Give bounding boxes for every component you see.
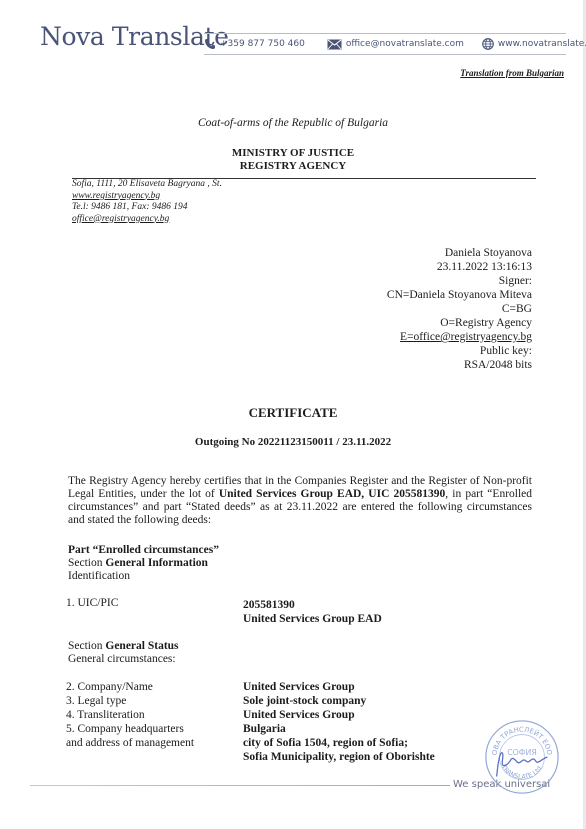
translation-note: Translation from Bulgarian bbox=[460, 68, 564, 78]
field-value: city of Sofia 1504, region of Sofia; bbox=[243, 737, 408, 750]
footer-divider bbox=[30, 785, 450, 786]
contact-bar: +359 877 750 460 office@novatranslate.co… bbox=[204, 33, 566, 55]
coat-of-arms-caption: Coat-of-arms of the Republic of Bulgaria bbox=[0, 117, 586, 129]
ministry-heading: MINISTRY OF JUSTICE REGISTRY AGENCY bbox=[0, 147, 586, 173]
section-prefix: Section bbox=[68, 640, 105, 652]
contact-phone: +359 877 750 460 bbox=[204, 38, 305, 50]
phone-number: +359 877 750 460 bbox=[220, 39, 305, 49]
signer-cn: CN=Daniela Stoyanova Miteva bbox=[387, 288, 532, 302]
phone-icon bbox=[204, 38, 216, 50]
signer-email-link[interactable]: E=office@registryagency.bg bbox=[387, 330, 532, 344]
agency-phone-fax: Te.l: 9486 181, Fax: 9486 194 bbox=[72, 202, 222, 214]
section-prefix: Section bbox=[68, 557, 105, 569]
subsection-identification: Identification bbox=[68, 570, 219, 583]
certificate-title: CERTIFICATE bbox=[0, 405, 586, 421]
signer-name: Daniela Stoyanova bbox=[387, 246, 532, 260]
field-value-uic: 205581390 bbox=[243, 599, 295, 612]
section-general-status-title: Section General Status bbox=[68, 640, 179, 653]
field-label: 4. Transliteration bbox=[66, 709, 145, 722]
brand-logo: Nova Translate bbox=[40, 22, 229, 51]
public-key-label: Public key: bbox=[387, 344, 532, 358]
signer-country: C=BG bbox=[387, 302, 532, 316]
section-name: General Information bbox=[105, 557, 208, 569]
certificate-intro: The Registry Agency hereby certifies tha… bbox=[68, 475, 532, 527]
digital-signature-block: Daniela Stoyanova 23.11.2022 13:16:13 Si… bbox=[387, 246, 532, 372]
field-label: 2. Company/Name bbox=[66, 681, 153, 694]
section-general-information: Section General Information bbox=[68, 557, 219, 570]
field-value: Bulgaria bbox=[243, 723, 286, 736]
field-value: United Services Group bbox=[243, 681, 355, 694]
general-circumstances-label: General circumstances: bbox=[68, 653, 179, 666]
agency-website-link[interactable]: www.registryagency.bg bbox=[72, 191, 160, 201]
field-value: United Services Group bbox=[243, 709, 355, 722]
contact-website: www.novatranslate.com bbox=[482, 38, 586, 50]
field-value-company-name: United Services Group EAD bbox=[243, 613, 382, 626]
website-url: www.novatranslate.com bbox=[498, 39, 586, 49]
public-key-value: RSA/2048 bits bbox=[387, 358, 532, 372]
agency-name: REGISTRY AGENCY bbox=[0, 160, 586, 173]
field-label: 5. Company headquarters bbox=[66, 723, 184, 736]
field-label: 3. Legal type bbox=[66, 695, 126, 708]
agency-address-block: Sofia, 1111, 20 Elisaveta Bagryana , St.… bbox=[72, 179, 222, 225]
signature-datetime: 23.11.2022 13:16:13 bbox=[387, 260, 532, 274]
field-value: Sofia Municipality, region of Oborishte bbox=[243, 751, 435, 764]
intro-company: United Services Group EAD, UIC 205581390 bbox=[219, 488, 445, 500]
outgoing-number: Outgoing No 20221123150011 / 23.11.2022 bbox=[0, 436, 586, 448]
field-value: Sole joint-stock company bbox=[243, 695, 366, 708]
envelope-icon bbox=[327, 39, 342, 50]
field-label-uic: 1. UIC/PIC bbox=[66, 597, 118, 610]
agency-email-link[interactable]: office@registryagency.bg bbox=[72, 214, 169, 224]
signer-label: Signer: bbox=[387, 274, 532, 288]
translator-stamp-icon: НОВА ТРАНСЛЕЙТ ЕООД TRANSLATE Ltd. СОФИЯ bbox=[483, 718, 561, 796]
ministry-name: MINISTRY OF JUSTICE bbox=[0, 147, 586, 160]
email-address: office@novatranslate.com bbox=[346, 39, 464, 49]
contact-email: office@novatranslate.com bbox=[327, 39, 464, 50]
section-general-status: Section General Status General circumsta… bbox=[68, 640, 179, 666]
signer-organization: O=Registry Agency bbox=[387, 316, 532, 330]
section-name: General Status bbox=[105, 640, 178, 652]
part-enrolled-heading: Part “Enrolled circumstances” Section Ge… bbox=[68, 544, 219, 583]
part-title: Part “Enrolled circumstances” bbox=[68, 544, 219, 557]
stamp-center-text: СОФИЯ bbox=[507, 748, 537, 757]
agency-address: Sofia, 1111, 20 Elisaveta Bagryana , St. bbox=[72, 179, 222, 191]
field-label: and address of management bbox=[66, 737, 194, 750]
globe-icon bbox=[482, 38, 494, 50]
